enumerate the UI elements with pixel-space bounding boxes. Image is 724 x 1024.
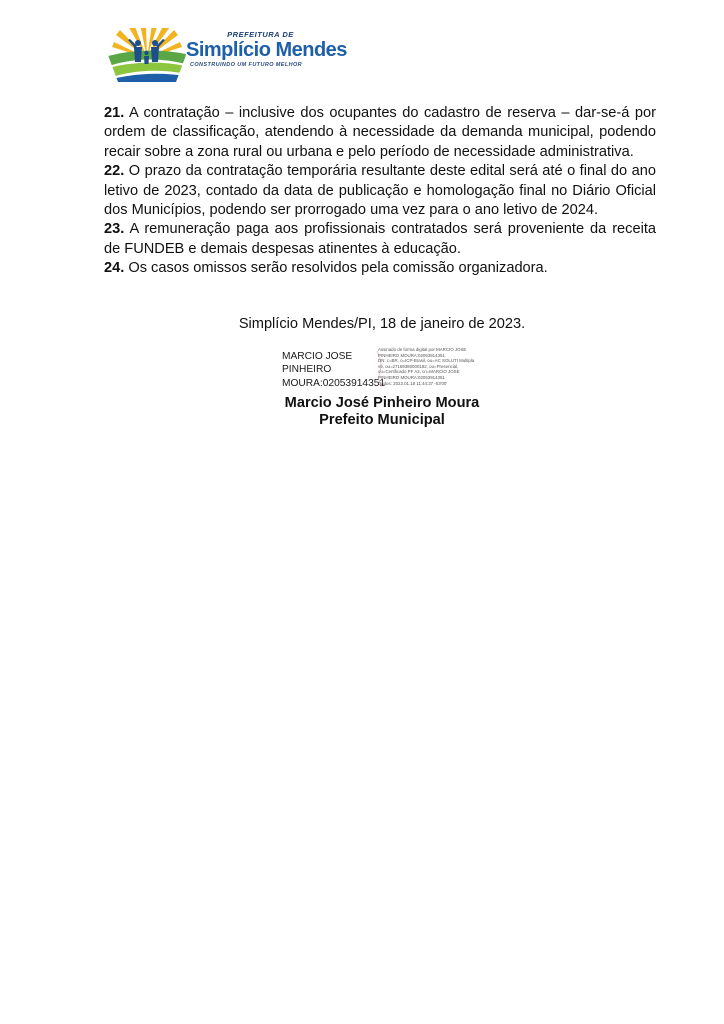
clause-23: 23. A remuneração paga aos profissionais… — [104, 220, 656, 259]
clause-22: 22. O prazo da contratação temporária re… — [104, 162, 656, 220]
document-body: 21. A contratação – inclusive dos ocupan… — [104, 104, 656, 279]
signature-name-line: MOURA:02053914351 — [282, 377, 385, 390]
signer-title: Prefeito Municipal — [20, 412, 724, 429]
brand-slogan: CONSTRUINDO UM FUTURO MELHOR — [190, 62, 341, 68]
clause-text: A contratação – inclusive dos ocupantes … — [104, 105, 656, 160]
signer-name: Marcio José Pinheiro Moura — [20, 395, 724, 412]
clause-text: O prazo da contratação temporária result… — [104, 163, 656, 218]
signature-details: Assinado de forma digital por MARCIO JOS… — [378, 347, 488, 386]
signature-name-line: PINHEIRO — [282, 363, 385, 376]
clause-text: A remuneração paga aos profissionais con… — [104, 221, 656, 256]
signature-name-line: MARCIO JOSE — [282, 350, 385, 363]
signature-detail-line: DN: c=BR, o=ICP-Brasil, ou=AC SOLUTI Mul… — [378, 358, 488, 364]
brand-text: PREFEITURA DE Simplício Mendes CONSTRUIN… — [186, 30, 341, 68]
clause-text: Os casos omissos serão resolvidos pela c… — [124, 260, 547, 276]
place-and-date: Simplício Mendes/PI, 18 de janeiro de 20… — [20, 316, 724, 332]
clause-21: 21. A contratação – inclusive dos ocupan… — [104, 104, 656, 162]
signature-name: MARCIO JOSE PINHEIRO MOURA:02053914351 — [282, 350, 385, 390]
municipal-emblem-icon — [108, 24, 186, 86]
brand-name: Simplício Mendes — [186, 39, 341, 61]
clause-24: 24. Os casos omissos serão resolvidos pe… — [104, 259, 656, 278]
brand-prefix: PREFEITURA DE — [180, 30, 341, 39]
clause-number: 21. — [104, 105, 124, 121]
signature-detail-line: Dados: 2023.01.18 11:44:37 -03'00' — [378, 381, 488, 387]
signer-block: Marcio José Pinheiro Moura Prefeito Muni… — [20, 395, 724, 429]
header-logo: PREFEITURA DE Simplício Mendes CONSTRUIN… — [108, 24, 338, 86]
clause-number: 24. — [104, 260, 124, 276]
clause-number: 23. — [104, 221, 124, 237]
clause-number: 22. — [104, 163, 124, 179]
digital-signature: MARCIO JOSE PINHEIRO MOURA:02053914351 A… — [282, 347, 482, 392]
